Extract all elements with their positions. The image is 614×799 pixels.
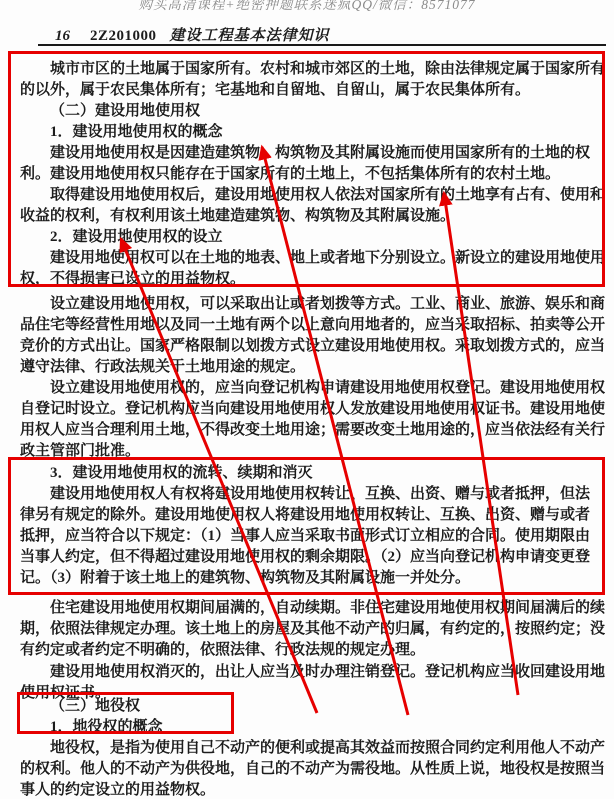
paragraph-land-ownership: 城市市区的土地属于国家所有。农村和城市郊区的土地，除由法律规定属于国家所有 的以… bbox=[20, 59, 605, 101]
paragraph-registration: 设立建设用地使用权的，应当向登记机构申请建设用地使用权登记。建设用地使用权 自登… bbox=[20, 378, 605, 462]
heading-transfer-renewal: 3．建设用地使用权的流转、续期和消灭 bbox=[20, 463, 605, 484]
paragraph-establishment: 建设用地使用权可以在土地的地表、地上或者地下分别设立。新设立的建设用地使用 权，… bbox=[20, 248, 605, 290]
paragraph-grant-allocation: 设立建设用地使用权，可以采取出让或者划拨等方式。工业、商业、旅游、娱乐和商 品住… bbox=[20, 294, 605, 378]
header-rule bbox=[38, 44, 606, 46]
paragraph-rights-after-obtain: 取得建设用地使用权后，建设用地使用权人依法对国家所有的土地享有占有、使用和 收益… bbox=[20, 185, 605, 227]
heading-easement-concept: 1．地役权的概念 bbox=[20, 717, 605, 738]
heading-concept: 1．建设用地使用权的概念 bbox=[20, 122, 605, 143]
page-header: 16 2Z201000 建设工程基本法律知识 bbox=[55, 24, 330, 45]
watermark-text: 购买高清课程+绝密押题联系迷疯QQ/微信：8571077 bbox=[0, 0, 614, 13]
paragraph-concept: 建设用地使用权是因建造建筑物、构筑物及其附属设施而使用国家所有的土地的权 利。建… bbox=[20, 143, 605, 185]
chapter-title: 建设工程基本法律知识 bbox=[170, 24, 330, 45]
heading-establishment: 2．建设用地使用权的设立 bbox=[20, 227, 605, 248]
course-code: 2Z201000 bbox=[90, 28, 157, 45]
paragraph-easement-concept: 地役权，是指为使用自己不动产的便利或提高其效益而按照合同约定利用他人不动产 的权… bbox=[20, 738, 605, 799]
heading-section-2: （二）建设用地使用权 bbox=[20, 101, 605, 122]
paragraph-transfer-rules: 建设用地使用权人有权将建设用地使用权转让、互换、出资、赠与或者抵押，但法 律另有… bbox=[20, 484, 605, 589]
page-number: 16 bbox=[55, 28, 70, 45]
heading-section-3-easement: （三）地役权 bbox=[20, 696, 605, 717]
paragraph-renewal: 住宅建设用地使用权期间届满的，自动续期。非住宅建设用地使用权期间届满后的续 期，… bbox=[20, 598, 605, 661]
scanned-textbook-page: 购买高清课程+绝密押题联系迷疯QQ/微信：8571077 16 2Z201000… bbox=[0, 0, 614, 799]
